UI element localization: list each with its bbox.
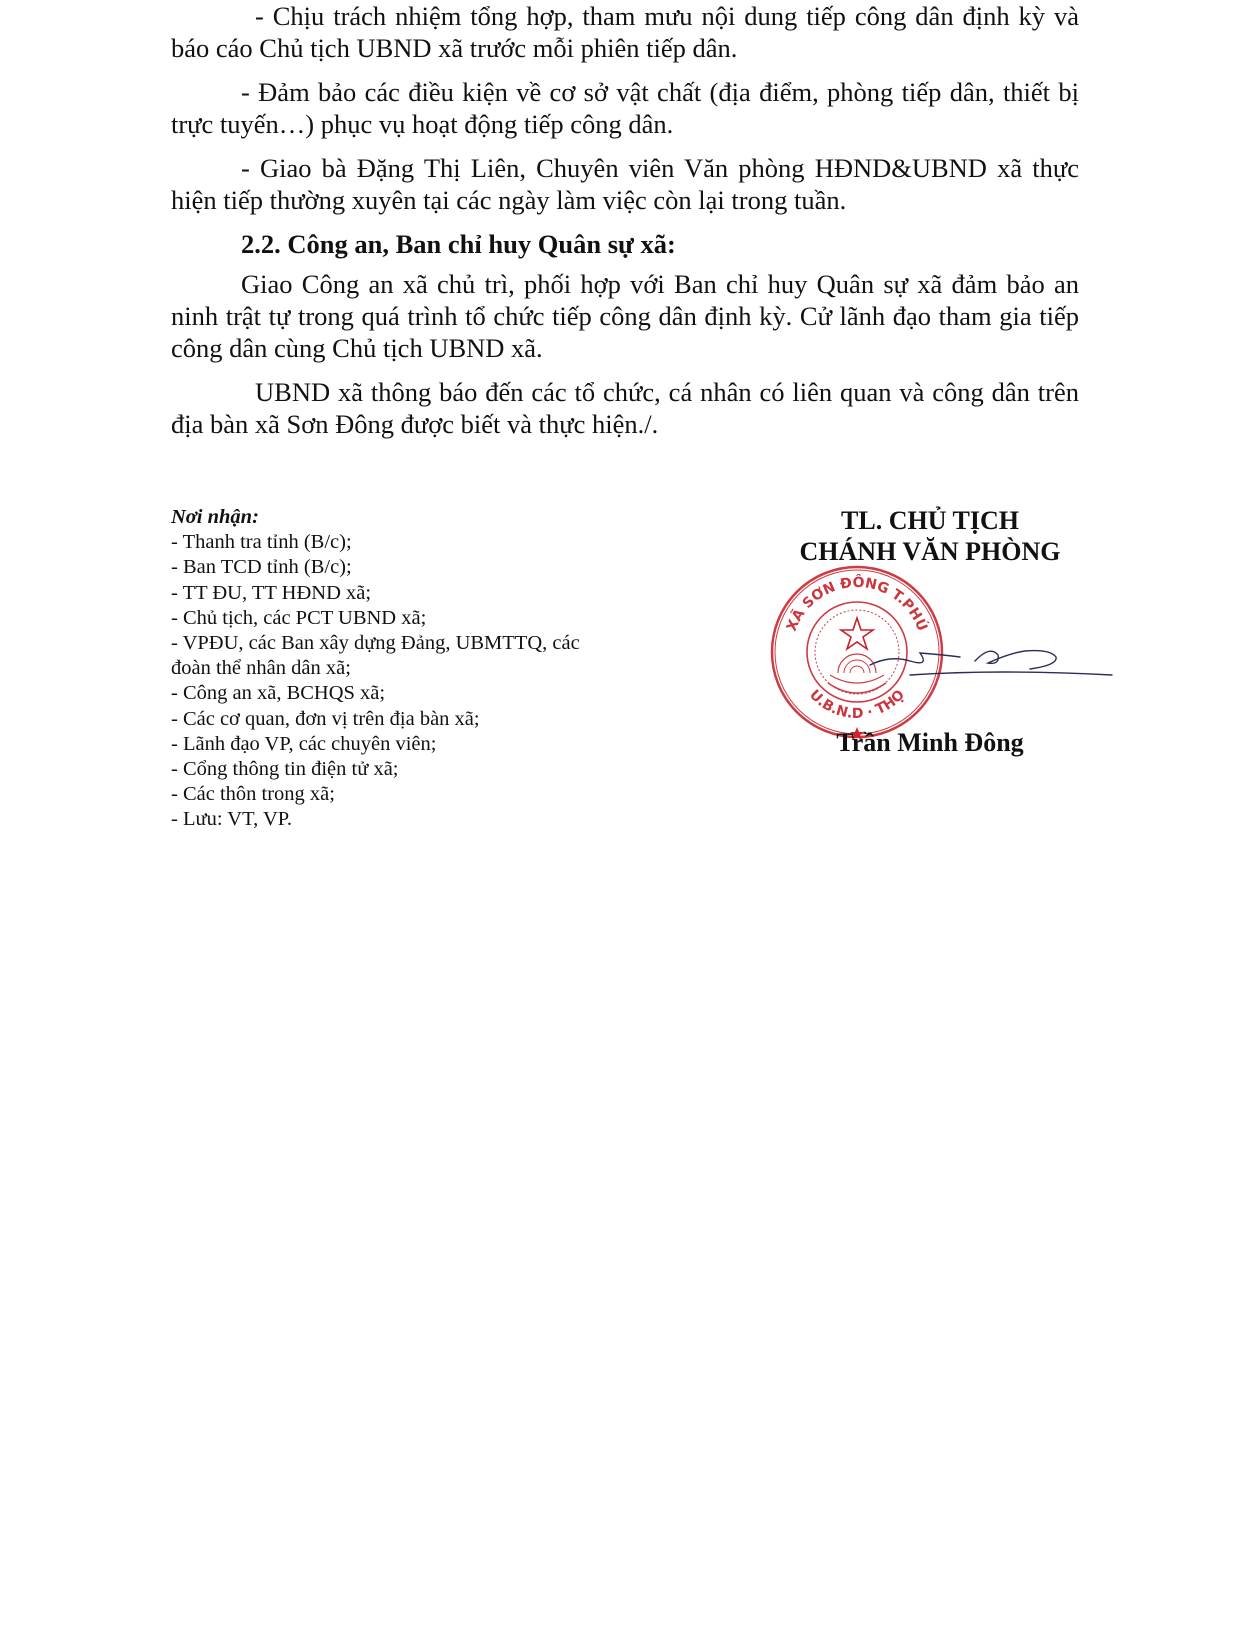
handwritten-signature: [850, 625, 1120, 685]
recipient-item: - Chủ tịch, các PCT UBND xã;: [171, 606, 611, 631]
paragraph-assignment: - Giao bà Đặng Thị Liên, Chuyên viên Văn…: [171, 152, 1079, 216]
recipient-item: - Thanh tra tỉnh (B/c);: [171, 530, 611, 555]
signer-name: Trần Minh Đông: [760, 727, 1100, 758]
recipient-item: - Ban TCD tỉnh (B/c);: [171, 555, 611, 580]
recipient-item: - Công an xã, BCHQS xã;: [171, 681, 611, 706]
recipient-item: - Các thôn trong xã;: [171, 782, 611, 807]
paragraph-responsibility: - Chịu trách nhiệm tổng hợp, tham mưu nộ…: [171, 0, 1079, 64]
recipients-list: - Thanh tra tỉnh (B/c); - Ban TCD tỉnh (…: [171, 530, 611, 832]
paragraph-facilities: - Đảm bảo các điều kiện về cơ sở vật chấ…: [171, 76, 1079, 140]
recipients-block: Nơi nhận: - Thanh tra tỉnh (B/c); - Ban …: [171, 505, 611, 833]
paragraph-police-military: Giao Công an xã chủ trì, phối hợp với Ba…: [171, 268, 1079, 364]
recipient-item: - Các cơ quan, đơn vị trên địa bàn xã;: [171, 707, 611, 732]
recipients-title: Nơi nhận:: [171, 505, 611, 530]
recipient-item: - VPĐU, các Ban xây dựng Đảng, UBMTTQ, c…: [171, 631, 611, 681]
document-body: - Chịu trách nhiệm tổng hợp, tham mưu nộ…: [171, 0, 1079, 440]
recipient-item: - TT ĐU, TT HĐND xã;: [171, 581, 611, 606]
recipient-item: - Cổng thông tin điện tử xã;: [171, 757, 611, 782]
section-heading: 2.2. Công an, Ban chỉ huy Quân sự xã:: [171, 228, 1079, 260]
paragraph-closing: UBND xã thông báo đến các tổ chức, cá nh…: [171, 376, 1079, 440]
svg-text:U.B.N.D · THỌ: U.B.N.D · THỌ: [806, 687, 908, 722]
recipient-item: - Lưu: VT, VP.: [171, 807, 611, 832]
recipient-item: - Lãnh đạo VP, các chuyên viên;: [171, 732, 611, 757]
signature-block: TL. CHỦ TỊCH CHÁNH VĂN PHÒNG XÃ SƠN ĐÔNG: [760, 505, 1100, 567]
document-page: - Chịu trách nhiệm tổng hợp, tham mưu nộ…: [0, 0, 1241, 1633]
signature-title-line1: TL. CHỦ TỊCH: [760, 505, 1100, 536]
